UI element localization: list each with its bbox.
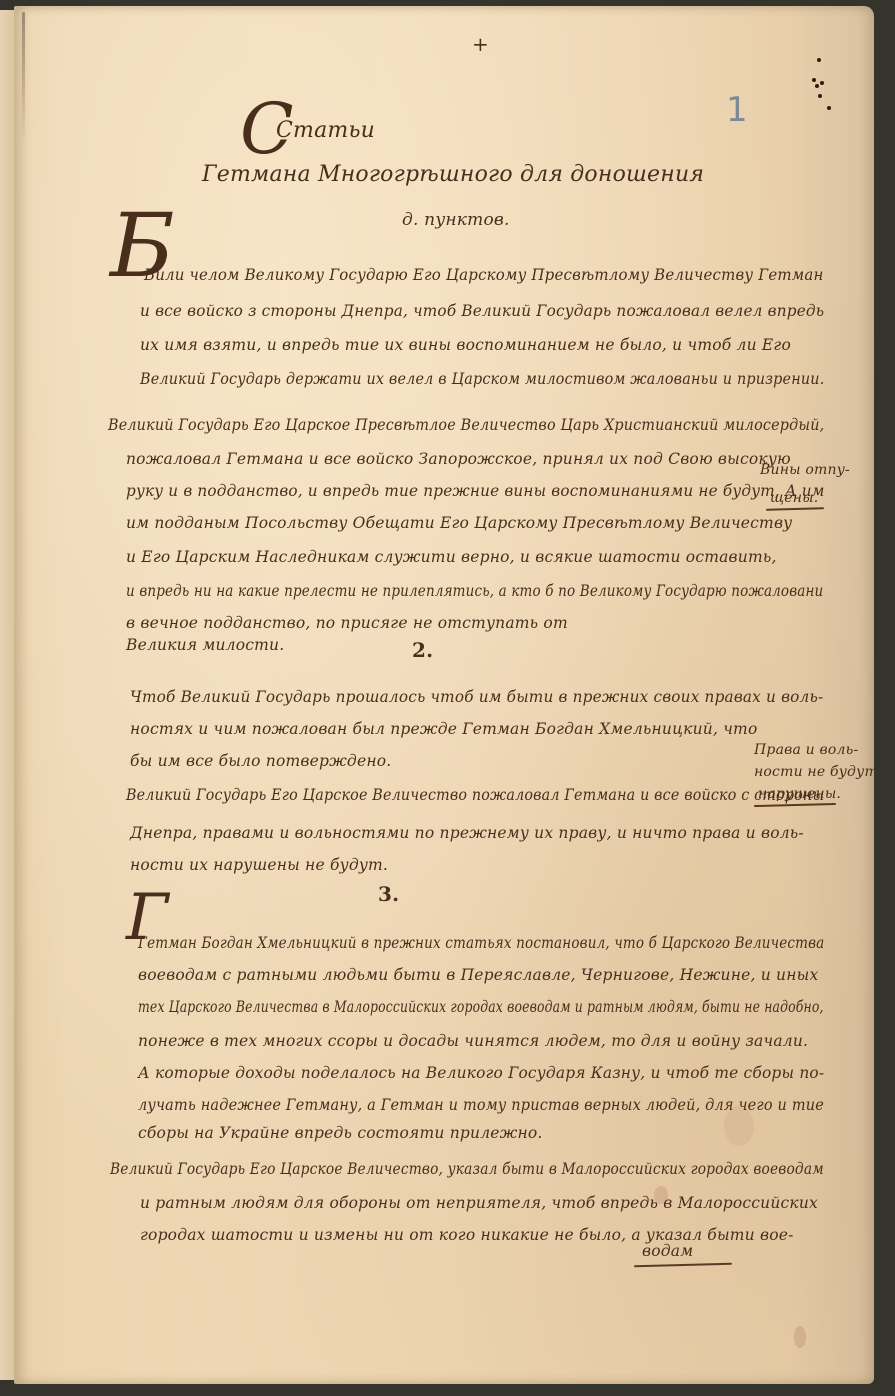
margin-note-line: Права и воль- — [754, 742, 858, 758]
section-2-answer-line: Великий Государь Его Царское Величество … — [126, 788, 824, 804]
section-2-answer-line: Днепра, правами и вольностями по прежнем… — [130, 826, 804, 842]
section-2-line: ностях и чим пожалован был прежде Гетман… — [130, 722, 757, 738]
heading-line-2: Гетмана Многогрѣшного для доношения — [202, 162, 704, 187]
section-3-line: Гетман Богдан Хмельницкий в прежних стат… — [138, 936, 824, 952]
binding-strip — [0, 10, 15, 1380]
wormhole — [818, 94, 822, 98]
section-1-answer-line: руку и в подданство, и впредь тие прежни… — [126, 484, 825, 500]
wormhole — [820, 81, 824, 85]
section-1-line: их имя взяти, и впредь тие их вины воспо… — [140, 338, 791, 354]
section-2-number: 2. — [412, 638, 433, 662]
section-3-answer-line: городах шатости и измены ни от кого ника… — [140, 1228, 794, 1244]
section-1-answer-line: им подданым Посольству Обещати Его Царск… — [126, 516, 792, 532]
folio-number: 1 — [726, 90, 748, 130]
section-3-answer-line: Великий Государь Его Царское Величество,… — [110, 1162, 824, 1178]
gutter-crease — [22, 12, 25, 142]
section-2-line: бы им все было потверждено. — [130, 754, 391, 770]
section-3-line: тех Царского Величества в Малороссийских… — [138, 1000, 824, 1016]
section-3-line: воеводам с ратными людьми быти в Переясл… — [138, 968, 818, 984]
margin-note-line: ности не будут — [754, 764, 878, 780]
section-1-answer-line: в вечное подданство, по присяге не отсту… — [126, 616, 568, 632]
section-3-answer-line: и ратным людям для обороны от неприятеля… — [140, 1196, 818, 1212]
section-3-line: сборы на Украйне впредь состояти прилежн… — [138, 1126, 543, 1142]
wormhole — [817, 58, 821, 62]
wormhole — [827, 106, 831, 110]
section-3-line: А которые доходы поделалось на Великого … — [138, 1066, 824, 1082]
margin-note-underline — [766, 507, 824, 511]
heading-line-1: Статьи — [276, 118, 375, 143]
section-3-line: лучать надежнее Гетману, а Гетман и тому… — [138, 1098, 824, 1114]
wormhole — [815, 84, 819, 88]
margin-note-line: щены. — [770, 490, 818, 506]
section-3-number: 3. — [378, 882, 399, 906]
wormhole — [812, 78, 816, 82]
section-1-line: Били челом Великому Государю Его Царском… — [144, 268, 824, 284]
section-1-answer-line: пожаловал Гетмана и все войско Запорожск… — [126, 452, 791, 468]
section-2-answer-line: ности их нарушены не будут. — [130, 858, 388, 874]
stain — [794, 1326, 806, 1348]
catchword-underline — [634, 1263, 732, 1268]
catchword: водам — [642, 1244, 693, 1260]
section-1-answer-line: и впредь ни на какие прелести не прилепл… — [126, 584, 823, 600]
section-2-line: Чтоб Великий Государь прошалось чтоб им … — [130, 690, 823, 706]
heading-line-3: д. пунктов. — [402, 210, 510, 230]
section-1-answer-line: и Его Царским Наследникам служити верно,… — [126, 550, 777, 566]
section-1-line: и все войско з стороны Днепра, чтоб Вели… — [140, 304, 824, 320]
margin-note-line: нарушены. — [758, 786, 841, 802]
section-1-answer-line: Великий Государь Его Царское Пресвѣтлое … — [108, 418, 824, 434]
section-3-line: понеже в тех многих ссоры и досады чинят… — [138, 1034, 808, 1050]
section-1-answer-line: Великия милости. — [126, 638, 284, 654]
manuscript-page: + 1 С Статьи Гетмана Многогрѣшного для д… — [14, 6, 874, 1384]
top-cross-mark: + — [472, 32, 489, 56]
margin-note-line: Вины отпу- — [760, 462, 850, 478]
section-1-line: Великий Государь держати их велел в Царс… — [140, 372, 824, 388]
